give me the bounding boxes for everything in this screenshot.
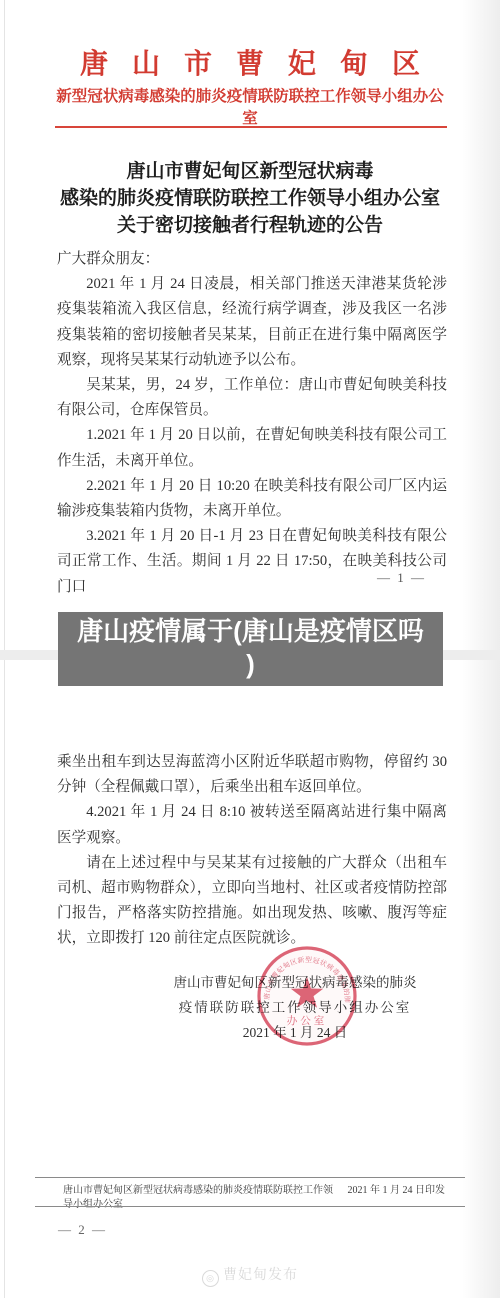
watermark-logo-icon: ◎ bbox=[202, 1270, 219, 1287]
watermark-text: 曹妃甸发布 bbox=[223, 1266, 298, 1282]
footer-print-date: 2021 年 1 月 24 日印发 bbox=[348, 1184, 446, 1212]
footer-rule-bottom bbox=[35, 1206, 465, 1207]
footer-issuer: 唐山市曹妃甸区新型冠状病毒感染的肺炎疫情联防联控工作领导小组办公室 bbox=[63, 1184, 340, 1212]
headline-line1: 唐山疫情属于(唐山是疫情区吗 bbox=[58, 615, 443, 648]
salutation: 广大群众朋友： bbox=[57, 247, 447, 272]
document-title-line2: 感染的肺炎疫情联防联控工作领导小组办公室 bbox=[30, 185, 470, 212]
footer-row: 唐山市曹妃甸区新型冠状病毒感染的肺炎疫情联防联控工作领导小组办公室 2021 年… bbox=[63, 1184, 445, 1212]
document-title-line3: 关于密切接触者行程轨迹的公告 bbox=[30, 212, 470, 239]
page-number-1: — 1 — bbox=[377, 570, 426, 586]
page-left-edge bbox=[4, 0, 5, 1298]
document-page: 唐山市曹妃甸区 新型冠状病毒感染的肺炎疫情联防联控工作领导小组办公室 唐山市曹妃… bbox=[0, 0, 500, 1298]
headline-line2: ) bbox=[58, 648, 443, 681]
letterhead-red-rule bbox=[55, 126, 447, 128]
paragraph-intro: 2021 年 1 月 24 日凌晨，相关部门推送天津港某货轮涉疫集装箱流入我区信… bbox=[57, 272, 447, 373]
body-page1: 广大群众朋友： 2021 年 1 月 24 日凌晨，相关部门推送天津港某货轮涉疫… bbox=[57, 247, 447, 600]
watermark: ◎曹妃甸发布 bbox=[0, 1264, 500, 1287]
document-title: 唐山市曹妃甸区新型冠状病毒 感染的肺炎疫情联防联控工作领导小组办公室 关于密切接… bbox=[30, 158, 470, 239]
paragraph-item1: 1.2021 年 1 月 20 日以前，在曹妃甸映美科技有限公司工作生活，未离开… bbox=[57, 423, 447, 473]
headline-overlay: 唐山疫情属于(唐山是疫情区吗 ) bbox=[58, 612, 443, 686]
official-seal: 唐山市曹妃甸区新型冠状病毒感染的肺炎疫情联防联控工作领导小组 办公室 bbox=[253, 942, 361, 1050]
letterhead-org-short: 唐山市曹妃甸区 bbox=[0, 42, 500, 82]
paragraph-item3: 3.2021 年 1 月 20 日-1 月 23 日在曹妃甸映美科技有限公司正常… bbox=[57, 524, 447, 600]
seal-center-text: 办公室 bbox=[287, 1014, 328, 1027]
paragraph-item4: 4.2021 年 1 月 24 日 8:10 被转送至隔离站进行集中隔离医学观察… bbox=[57, 800, 447, 850]
paragraph-item3-continuation: 乘坐出租车到达昱海蓝湾小区附近华联超市购物，停留约 30 分钟（全程佩戴口罩），… bbox=[57, 750, 447, 800]
footer-rule-top bbox=[35, 1177, 465, 1178]
body-page2: 乘坐出租车到达昱海蓝湾小区附近华联超市购物，停留约 30 分钟（全程佩戴口罩），… bbox=[57, 750, 447, 952]
paragraph-item2: 2.2021 年 1 月 20 日 10:20 在映美科技有限公司厂区内运输涉疫… bbox=[57, 474, 447, 524]
document-title-line1: 唐山市曹妃甸区新型冠状病毒 bbox=[30, 158, 470, 185]
paragraph-closing: 请在上述过程中与吴某某有过接触的广大群众（出租车司机、超市购物群众），立即向当地… bbox=[57, 851, 447, 952]
paragraph-person: 吴某某，男，24 岁，工作单位：唐山市曹妃甸映美科技有限公司，仓库保管员。 bbox=[57, 373, 447, 423]
letterhead-org-long: 新型冠状病毒感染的肺炎疫情联防联控工作领导小组办公室 bbox=[54, 84, 446, 128]
page-number-2: — 2 — bbox=[58, 1222, 107, 1238]
